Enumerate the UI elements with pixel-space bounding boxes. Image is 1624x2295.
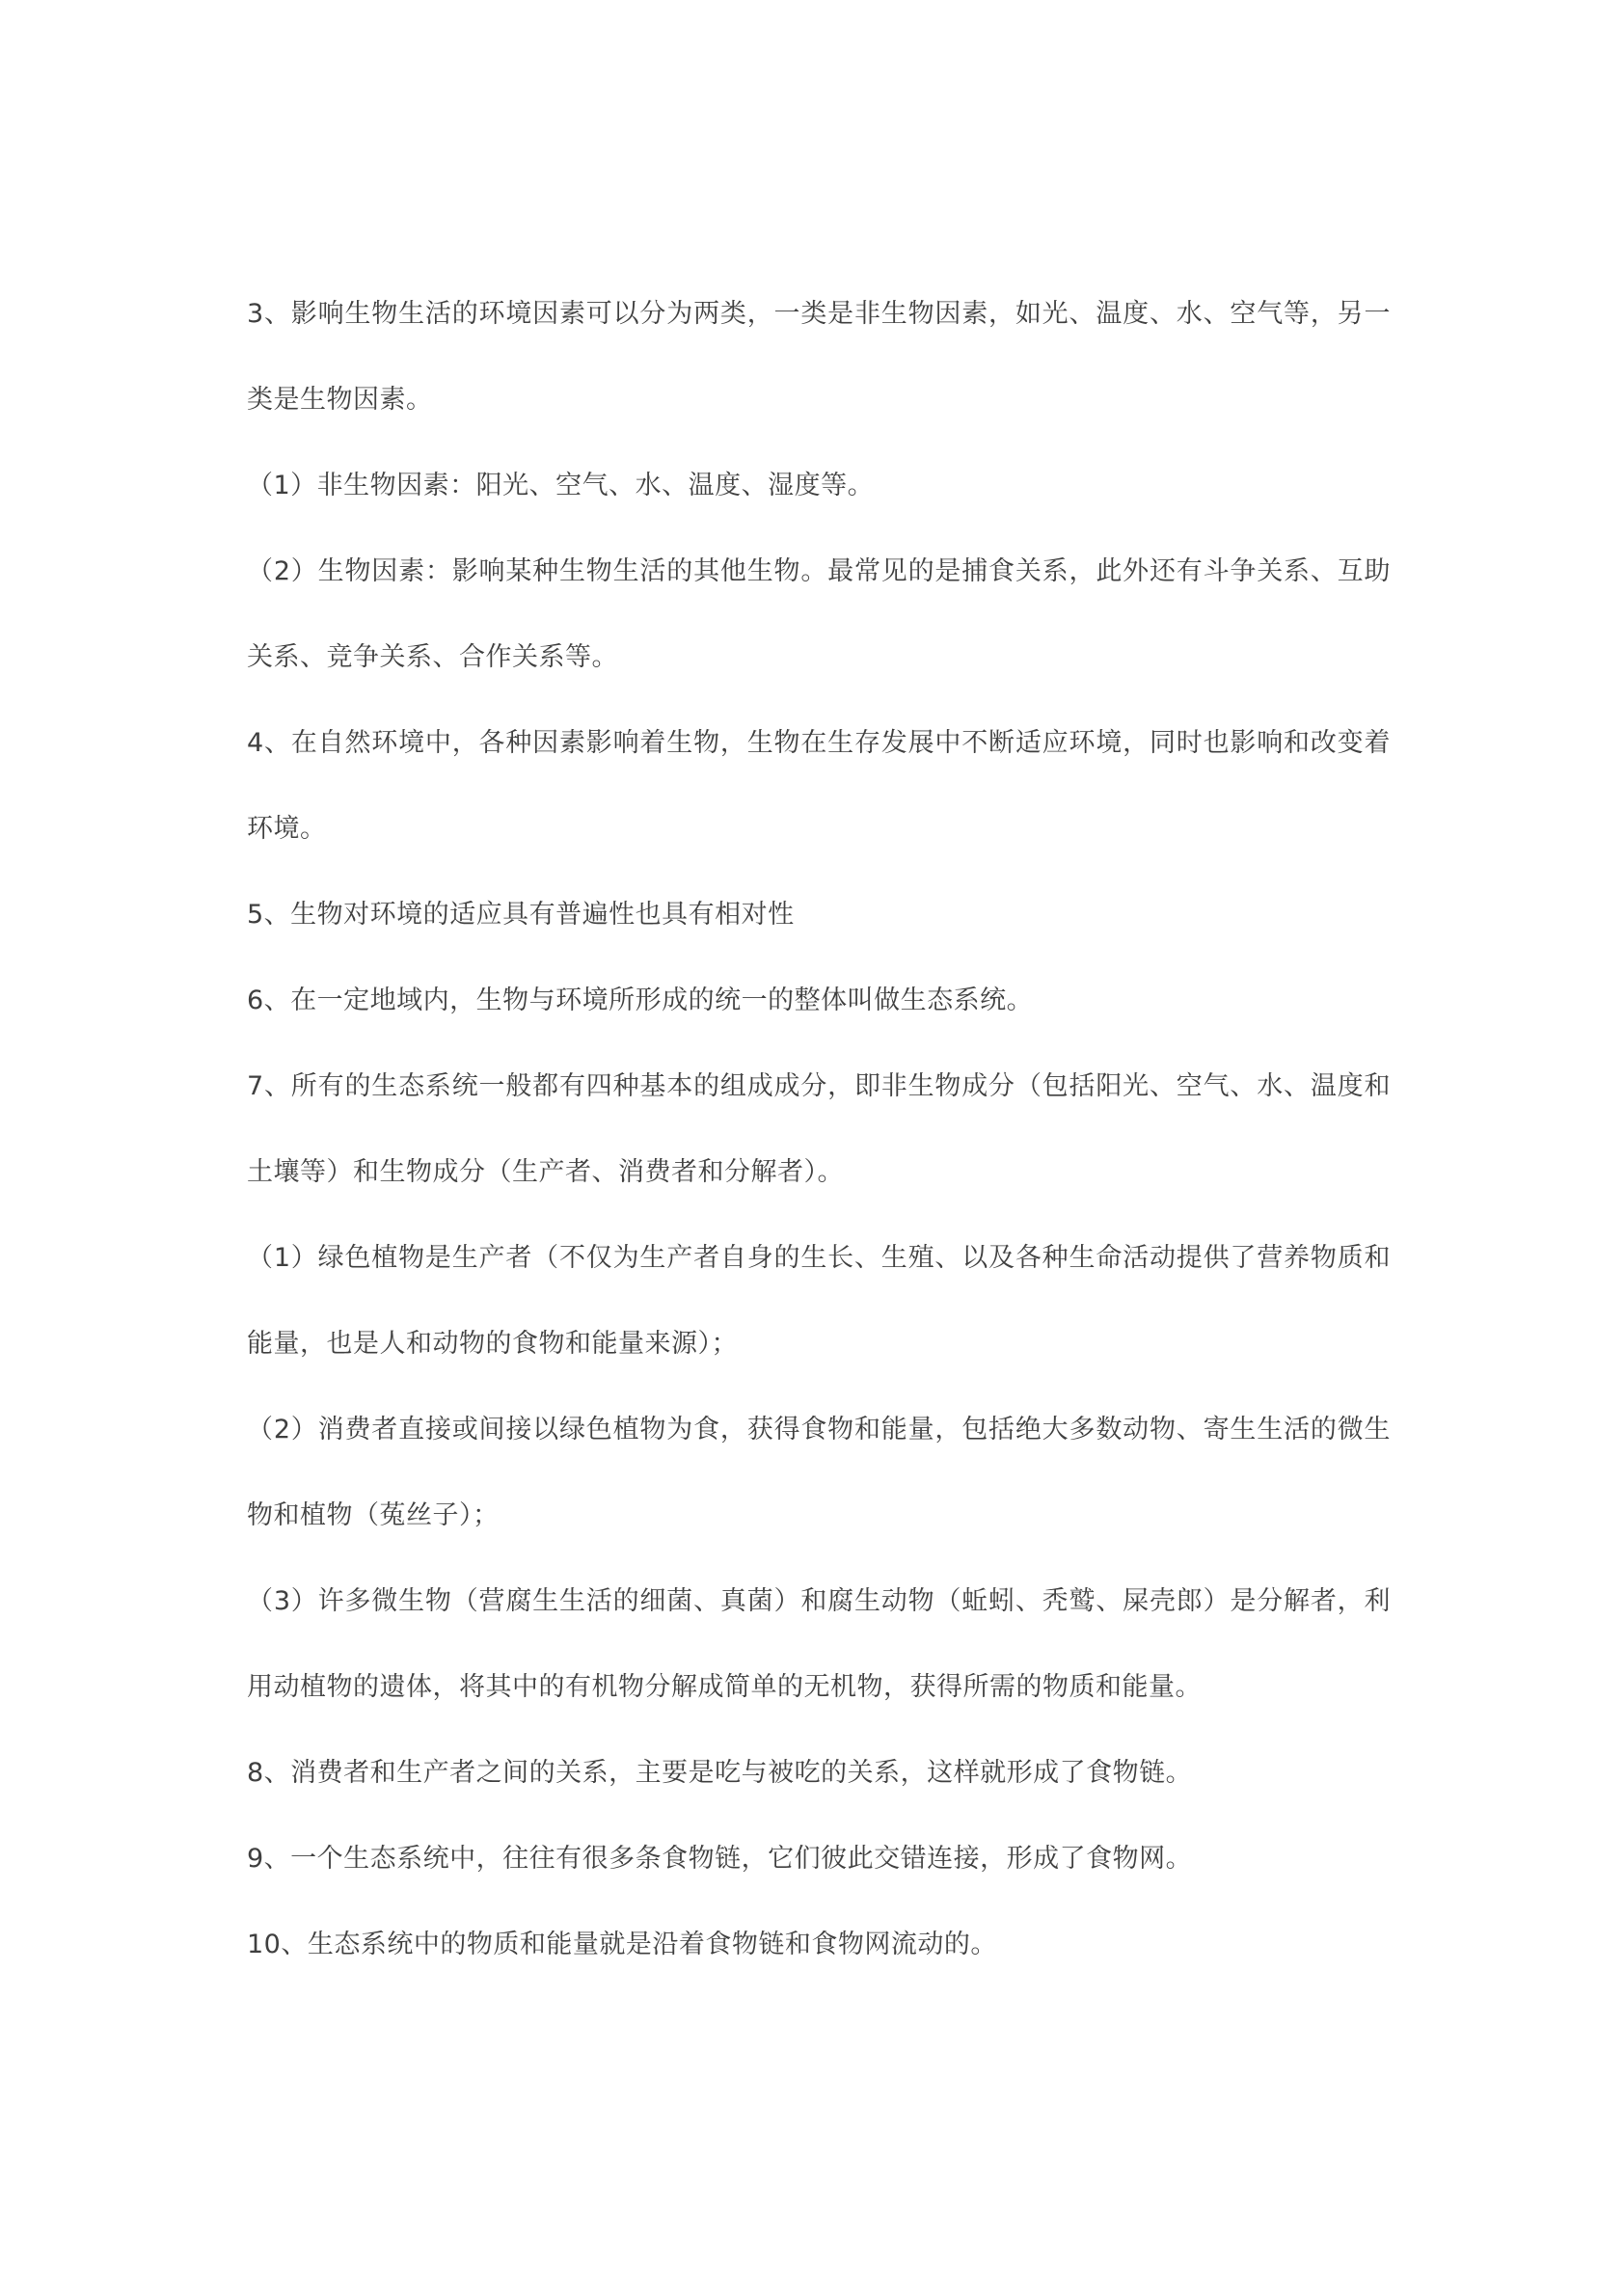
text-line-20: 10、生态系统中的物质和能量就是沿着食物链和食物网流动的。 (247, 1902, 1391, 1987)
text-line-15: 物和植物（菟丝子）； (247, 1472, 1391, 1558)
text-line-07: 环境。 (247, 786, 1391, 872)
text-line-17: 用动植物的遗体，将其中的有机物分解成简单的无机物，获得所需的物质和能量。 (247, 1644, 1391, 1730)
text-line-09: 6、在一定地域内，生物与环境所形成的统一的整体叫做生态系统。 (247, 958, 1391, 1043)
text-line-03: （1）非生物因素：阳光、空气、水、温度、湿度等。 (247, 443, 1391, 528)
document-page: 3、影响生物生活的环境因素可以分为两类，一类是非生物因素，如光、温度、水、空气等… (0, 0, 1624, 2295)
text-line-04: （2）生物因素：影响某种生物生活的其他生物。最常见的是捕食关系，此外还有斗争关系… (247, 528, 1391, 614)
text-line-01: 3、影响生物生活的环境因素可以分为两类，一类是非生物因素，如光、温度、水、空气等… (247, 271, 1391, 357)
text-line-06: 4、在自然环境中，各种因素影响着生物，生物在生存发展中不断适应环境，同时也影响和… (247, 700, 1391, 786)
text-line-18: 8、消费者和生产者之间的关系，主要是吃与被吃的关系，这样就形成了食物链。 (247, 1730, 1391, 1816)
text-line-12: （1）绿色植物是生产者（不仅为生产者自身的生长、生殖、以及各种生命活动提供了营养… (247, 1215, 1391, 1301)
text-line-05: 关系、竞争关系、合作关系等。 (247, 614, 1391, 700)
text-line-14: （2）消费者直接或间接以绿色植物为食，获得食物和能量，包括绝大多数动物、寄生生活… (247, 1387, 1391, 1472)
text-line-02: 类是生物因素。 (247, 357, 1391, 443)
document-body: 3、影响生物生活的环境因素可以分为两类，一类是非生物因素，如光、温度、水、空气等… (247, 271, 1391, 1987)
text-line-11: 土壤等）和生物成分（生产者、消费者和分解者）。 (247, 1129, 1391, 1215)
text-line-13: 能量，也是人和动物的食物和能量来源）； (247, 1301, 1391, 1387)
text-line-08: 5、生物对环境的适应具有普遍性也具有相对性 (247, 872, 1391, 958)
text-line-10: 7、所有的生态系统一般都有四种基本的组成成分，即非生物成分（包括阳光、空气、水、… (247, 1043, 1391, 1129)
text-line-19: 9、一个生态系统中，往往有很多条食物链，它们彼此交错连接，形成了食物网。 (247, 1816, 1391, 1902)
text-line-16: （3）许多微生物（营腐生生活的细菌、真菌）和腐生动物（蚯蚓、秃鹫、屎壳郎）是分解… (247, 1558, 1391, 1644)
